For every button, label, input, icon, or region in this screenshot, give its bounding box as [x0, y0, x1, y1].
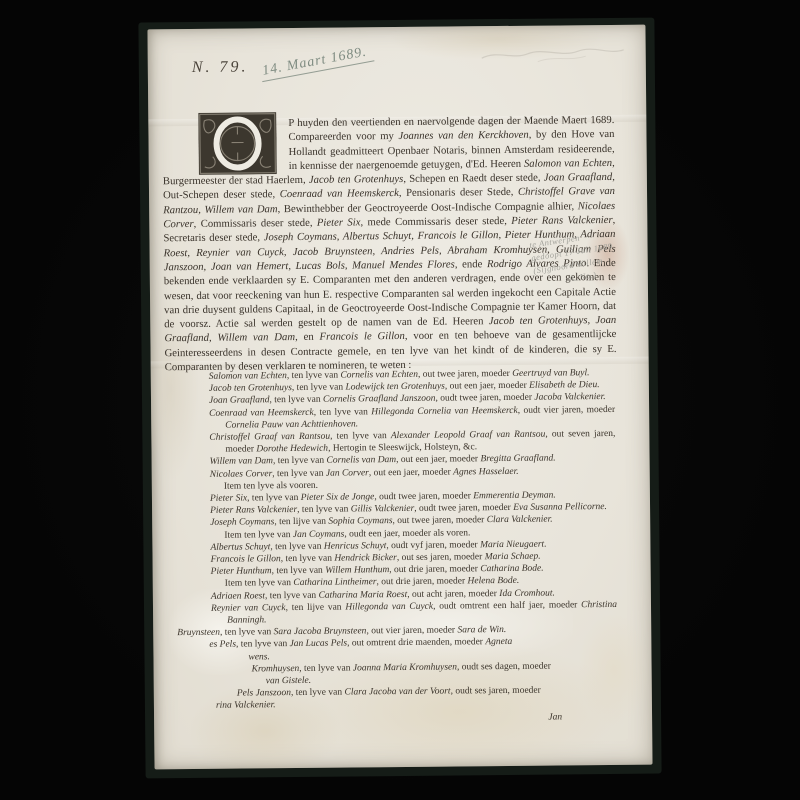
text-segment: Catharina Bode. — [480, 564, 543, 575]
catchword: Jan — [212, 711, 618, 727]
text-segment: , ten lyve van — [291, 688, 345, 699]
text-segment: Jan Lucas Pels — [290, 639, 348, 650]
text-segment: Eva Susanna Pellicorne. — [513, 502, 607, 513]
text-segment: , out drie jaren, moeder — [376, 577, 467, 588]
text-segment: , oudt een jaer, moeder als voren. — [344, 528, 470, 539]
text-segment: Francois le Gillon — [210, 554, 280, 565]
text-segment: , out twee jaren, moeder — [418, 369, 512, 380]
document-paper: N. 79. 14. Maart 1689. — [147, 25, 652, 770]
text-segment: Sophia Coymans — [328, 517, 392, 528]
text-segment: Joan Graafland — [209, 396, 270, 407]
text-segment: Sara Jacoba Bruynsteen — [274, 627, 367, 638]
drop-cap-spacer — [162, 116, 289, 171]
text-segment: Salomon van Echten — [524, 157, 612, 170]
text-segment: Jacob ten Grotenhuys — [209, 383, 292, 394]
text-segment: , ten lyve van — [273, 456, 327, 467]
text-segment: , ten lyve van — [247, 493, 301, 504]
text-segment: Helena Bode. — [467, 576, 519, 586]
text-segment: Pieter Six de Jonge — [301, 492, 375, 503]
text-segment: Christoffel Graaf van Rantsou — [209, 432, 330, 443]
text-segment: Pels Janszoon — [237, 688, 291, 699]
text-segment: Joan Graafland — [544, 171, 613, 184]
text-segment: Agnes Hasselaer. — [453, 466, 519, 477]
text-segment: Dorothe Hedewich — [256, 444, 328, 455]
text-segment: , mede Commissaris deser stede, — [360, 215, 511, 228]
text-segment: Albertus Schuyt — [210, 542, 270, 553]
text-segment: Willem Hunthum — [325, 565, 389, 576]
text-segment: , ten lyve van — [265, 590, 319, 601]
text-segment: Adriaen Roest — [211, 591, 265, 602]
text-segment: Coenraad van Heemskerck — [280, 187, 399, 200]
photo-canvas: { "photo": { "background_color": "#06060… — [0, 0, 800, 800]
text-segment: , out een jaer, moeder — [445, 381, 529, 392]
text-segment: Hillegonda van Cuyck — [345, 602, 433, 613]
text-segment: Sara de Win. — [457, 625, 506, 635]
text-segment: Kromhuysen — [252, 664, 300, 674]
text-segment: , ten lyve van — [314, 407, 372, 418]
text-segment: Cornelis van Echten — [340, 370, 418, 381]
text-segment: Hillegonda Cornelia van Heemskerck — [371, 405, 518, 416]
text-segment: Elisabeth de Dieu. — [529, 380, 600, 391]
text-segment: Nicolaes Corver — [210, 469, 273, 480]
text-segment: Cornelia Pauw van Achttienhoven. — [225, 419, 358, 430]
text-segment: , out vier jaren, moeder — [366, 626, 457, 637]
text-segment: Bregitta Graafland. — [480, 454, 555, 465]
text-segment: Gillis Valckenier — [351, 504, 415, 515]
text-segment: , out ses jaren, moeder — [397, 552, 485, 563]
text-segment: , ten lyve van — [287, 371, 341, 382]
text-segment: Catharina Maria Roest — [318, 590, 407, 601]
text-segment: , ten lyve van — [269, 395, 323, 406]
text-segment: , ten lyve van — [299, 663, 353, 674]
text-segment: Hendrick Bicker — [334, 553, 397, 564]
nominee-register: Salomon van Echten, ten lyve van Corneli… — [209, 367, 618, 727]
text-segment: , oudt twee jaren, moeder — [414, 503, 513, 514]
text-segment: Reynier van Cuyck — [211, 603, 286, 614]
text-segment: Item ten lyve van — [224, 530, 293, 541]
text-segment: , ten lijve van — [286, 602, 346, 613]
pencil-scribble — [478, 43, 628, 66]
handwritten-date-annotation: 14. Maart 1689. — [259, 43, 374, 82]
text-segment: , Pensionaris deser Stede, — [399, 186, 518, 199]
text-segment: , ten lyve van — [330, 431, 391, 442]
text-segment: Maria Schaep. — [485, 552, 541, 563]
text-segment: , oudt twee jaren, moeder — [374, 491, 473, 502]
text-segment: , ten lyve van — [297, 505, 351, 516]
text-segment: Bruynsteen — [177, 628, 220, 638]
text-segment: Joseph Coymans — [210, 518, 274, 529]
text-segment: Catharina Lintheimer — [293, 578, 376, 589]
text-segment: , out twee jaren, moeder — [392, 516, 486, 527]
text-segment: Alexander Leopold Graaf van Rantsou — [391, 430, 546, 441]
text-segment: Lodewijck ten Grotenhuys — [345, 382, 444, 393]
text-segment: Ida Cromhout. — [499, 588, 555, 599]
text-segment: , out een jaer, moeder — [396, 455, 480, 466]
text-segment: , ende — [455, 258, 487, 270]
text-segment: Jan Corver — [326, 468, 369, 478]
document: N. 79. 14. Maart 1689. — [138, 18, 661, 779]
text-segment: , en — [295, 331, 320, 343]
text-segment: , oudt omtrent een half jaer, moeder — [433, 600, 581, 611]
text-segment: , out omtrent drie maenden, moeder — [347, 638, 485, 649]
text-segment: Cornelis van Dam — [326, 455, 396, 466]
text-segment: Willem van Dam — [210, 457, 273, 468]
text-segment: Agneta — [485, 637, 512, 647]
text-segment: Pieter Rans Valckenier — [210, 505, 297, 516]
text-segment: , ten lyve van — [292, 383, 346, 394]
text-segment: Geertruyd van Buyl. — [512, 368, 589, 379]
text-segment: , ten lijve van — [274, 517, 328, 528]
text-segment: Emmerentia Deyman. — [473, 491, 556, 502]
text-segment: , oudt twee jaren, moeder — [435, 393, 534, 404]
text-segment: Pieter Six — [317, 216, 361, 228]
text-segment: Cornelis Graafland Janszoon — [323, 394, 436, 405]
text-segment: , out drie jaren, moeder — [389, 564, 480, 575]
text-segment: , oudt ses jaren, moeder — [451, 686, 541, 697]
text-segment: , Bewinthebber der Geoctroyeerde Oost-In… — [278, 200, 578, 215]
text-segment: Jacob ten Grotenhuys — [309, 173, 404, 186]
text-segment: , ten lyve van — [270, 542, 324, 553]
text-segment: , out een jaer, moeder — [369, 467, 453, 478]
text-segment: van Gistele. — [266, 676, 311, 686]
text-segment: Pieter Six — [210, 494, 247, 504]
text-segment: , oudt ses dagen, moeder — [457, 661, 551, 672]
text-segment: Pieter Rans Valckenier — [511, 214, 613, 227]
text-segment: , out acht jaren, moeder — [407, 589, 499, 600]
text-segment: Henricus Schuyt — [324, 541, 387, 552]
text-segment: , ten lyve van — [220, 627, 274, 638]
text-segment: , ten lyve van — [281, 554, 335, 565]
text-segment: wens. — [248, 652, 269, 662]
text-segment: Joanna Maria Kromhuysen — [353, 662, 457, 673]
text-segment: Jacoba Valckenier. — [534, 392, 605, 403]
text-segment: rina Valckenier. — [216, 701, 276, 712]
text-segment: Salomon van Echten — [209, 371, 287, 382]
text-segment: Jan Coymans — [293, 529, 345, 539]
doc-number: N. 79. — [192, 58, 249, 77]
text-segment: , Commissaris deser stede, — [194, 217, 317, 230]
text-segment: , Hertogin te Sleeswijck, Holsteyn, &c. — [328, 442, 477, 453]
text-segment: , Schepen en Raedt deser stede, — [403, 172, 543, 185]
text-segment: , ten lyve van — [236, 640, 290, 651]
text-segment: Maria Nieugaert. — [480, 539, 547, 550]
text-segment: , ten lyve van — [272, 566, 326, 577]
text-segment: , oudt vyf jaren, moeder — [386, 540, 480, 551]
text-segment: , ten lyve van — [272, 468, 326, 479]
text-segment: Clara Valckenier. — [487, 515, 553, 526]
text-segment: Pieter Hunthum — [211, 566, 272, 577]
text-segment: Francois le Gillon — [319, 330, 404, 343]
text-segment: es Pels — [209, 640, 236, 650]
text-segment: Item ten lyve van — [225, 578, 294, 589]
text-segment: Clara Jacoba van der Voort — [344, 687, 450, 698]
text-segment: , oudt vier jaren, moeder — [518, 405, 615, 416]
text-segment: Joannes van den Kerckhoven — [398, 129, 528, 142]
text-segment: Item ten lyve als vooren. — [224, 481, 318, 492]
text-segment: Coenraad van Heemskerck — [209, 407, 314, 418]
